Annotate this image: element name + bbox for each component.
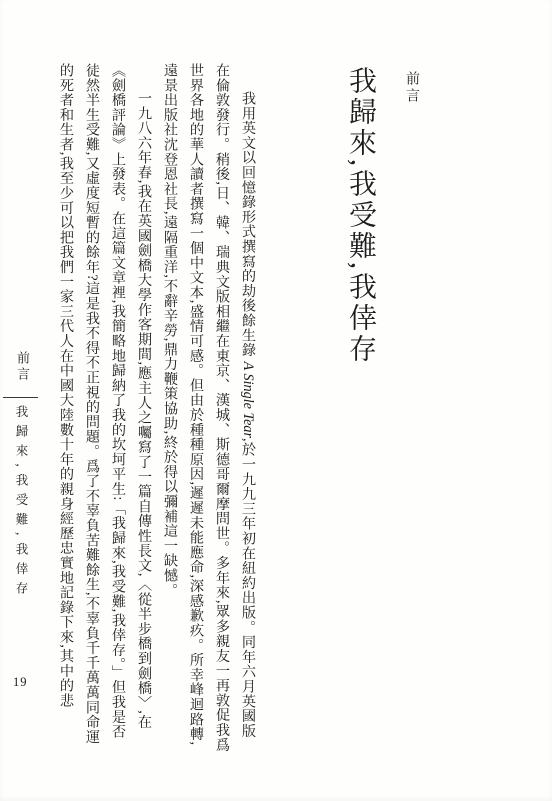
body-paragraph-2: 一九八六年春,我在英國劍橋大學作客期間,應主人之囑寫了一篇自傳性長文,〈從半步橋… <box>53 63 157 753</box>
paragraph-1-text-start: 我用英文以回憶錄形式撰寫的劫後餘生錄 <box>240 91 256 362</box>
margin-section-label: 前言 <box>13 351 32 399</box>
book-page: 前言 我歸來,我受難,我倖存 我用英文以回憶錄形式撰寫的劫後餘生錄 A Sing… <box>0 0 552 801</box>
margin-running-title: 我歸來,我受難,我倖存 <box>12 405 30 640</box>
section-heading: 前言 <box>401 71 421 131</box>
margin-divider-line <box>3 397 38 398</box>
english-book-title: A Single Tear <box>240 362 256 438</box>
page-number: 19 <box>13 675 28 690</box>
page-title: 我歸來,我受難,我倖存 <box>340 66 380 436</box>
body-text: 我用英文以回憶錄形式撰寫的劫後餘生錄 A Single Tear,於一九九三年初… <box>45 63 261 753</box>
body-paragraph-1: 我用英文以回憶錄形式撰寫的劫後餘生錄 A Single Tear,於一九九三年初… <box>157 63 261 753</box>
